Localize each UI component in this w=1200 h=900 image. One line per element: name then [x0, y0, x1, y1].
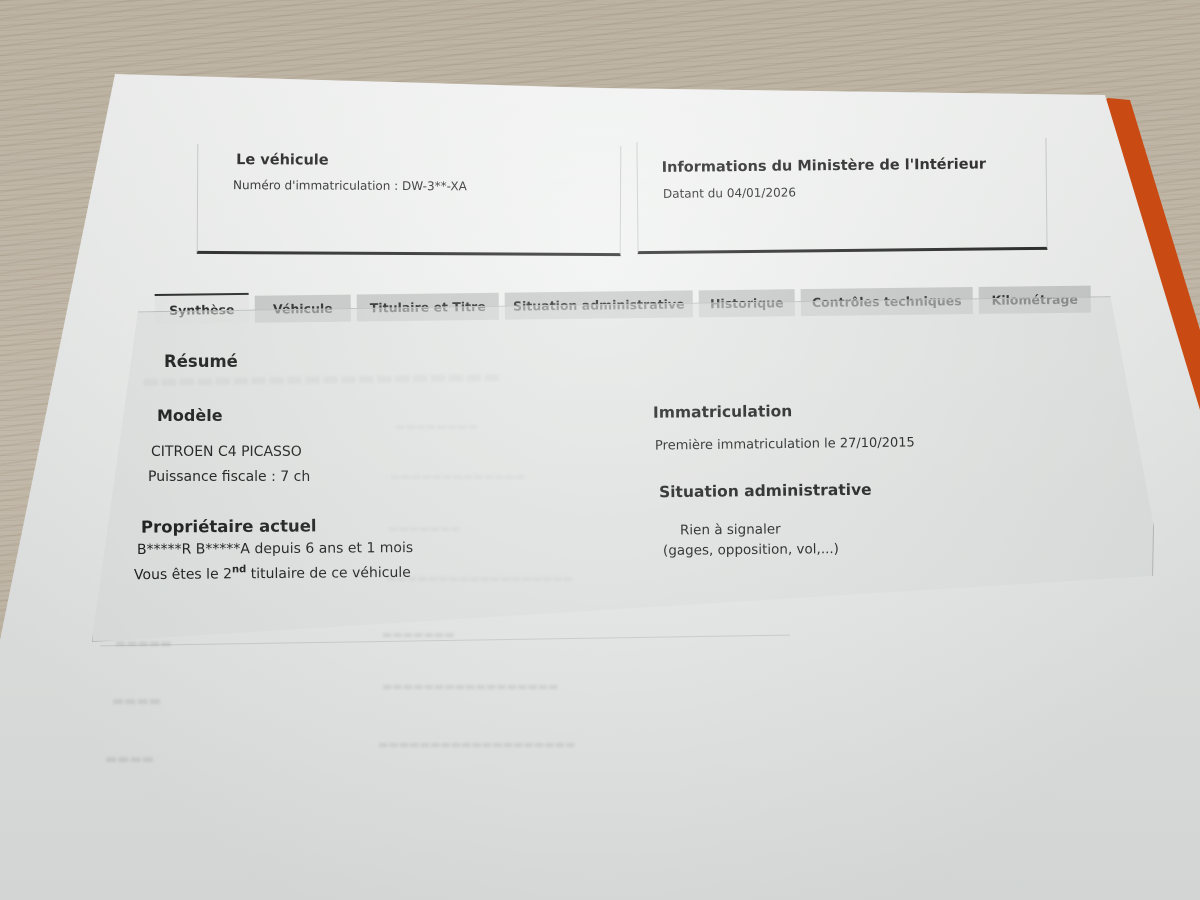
- document-sheet: ▬▬▬▬▬▬▬▬▬▬▬▬▬▬▬▬▬▬▬▬ ▬▬▬▬▬▬▬▬ ▬▬▬▬▬▬▬▬▬▬…: [0, 0, 1200, 900]
- bleed-through-text: ▬▬▬▬▬▬▬▬▬▬▬▬▬▬▬▬▬▬▬: [378, 738, 575, 751]
- bleed-through-text: ▬▬▬▬: [112, 694, 161, 709]
- model-heading: Modèle: [157, 406, 223, 425]
- admin-status-value: Rien à signaler: [680, 521, 781, 538]
- summary-title: Résumé: [164, 352, 238, 371]
- first-registration: Première immatriculation le 27/10/2015: [655, 435, 915, 453]
- bleed-through-text: ▬▬▬▬: [105, 752, 154, 767]
- ministry-info-box: Informations du Ministère de l'Intérieur…: [636, 138, 1047, 254]
- holder-rank-ordinal: nd: [232, 564, 246, 575]
- bleed-through-text: ▬▬▬▬▬▬▬▬▬▬▬▬▬▬▬▬▬: [382, 680, 559, 693]
- ministry-box-title: Informations du Ministère de l'Intérieur: [662, 156, 987, 175]
- holder-rank: Vous êtes le 2nd titulaire de ce véhicul…: [134, 563, 411, 583]
- report-date: Datant du 04/01/2026: [663, 185, 796, 200]
- owner-heading: Propriétaire actuel: [141, 516, 317, 536]
- admin-status-detail: (gages, opposition, vol,...): [663, 541, 839, 559]
- holder-rank-suffix: titulaire de ce véhicule: [246, 565, 411, 582]
- holder-rank-prefix: Vous êtes le 2: [134, 566, 232, 583]
- plate-number: Numéro d'immatriculation : DW-3**-XA: [233, 178, 467, 193]
- registration-heading: Immatriculation: [653, 402, 792, 421]
- admin-status-heading: Situation administrative: [659, 481, 872, 502]
- fiscal-power: Puissance fiscale : 7 ch: [148, 469, 310, 485]
- owner-name-duration: B*****R B*****A depuis 6 ans et 1 mois: [137, 540, 413, 558]
- vehicle-info-box: Le véhicule Numéro d'immatriculation : D…: [197, 144, 622, 256]
- vehicle-box-title: Le véhicule: [236, 152, 329, 168]
- model-name: CITROEN C4 PICASSO: [151, 444, 302, 460]
